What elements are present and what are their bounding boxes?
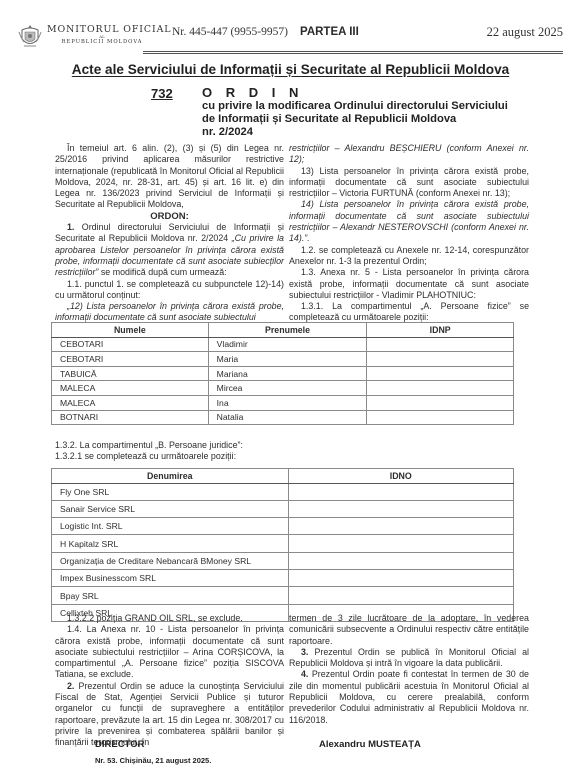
table-row: CEBOTARIMaria [52, 352, 514, 367]
paragraph-2: 2. Prezentul Ordin se aduce la cunoștinț… [55, 681, 284, 749]
header-denumirea: Denumirea [52, 469, 289, 484]
paragraph-1-3-2: 1.3.2. La compartimentul „B. Persoane ju… [55, 440, 243, 451]
paragraph-2-cont: termen de 3 zile lucrătoare de la adopta… [289, 613, 529, 647]
table-row: BOTNARINatalia [52, 410, 514, 425]
table-row: Fly One SRL [52, 483, 514, 500]
table-row: Bpay SRL [52, 587, 514, 604]
table-cell [288, 587, 513, 604]
table-cell: Logistic Int. SRL [52, 518, 289, 535]
paragraph-1-3: 1.3. Anexa nr. 5 - Lista persoanelor în … [289, 267, 529, 301]
table-row: MALECAMircea [52, 381, 514, 396]
table-cell: Mariana [208, 366, 367, 381]
table-cell: BOTNARI [52, 410, 209, 425]
paragraph-1: 1. Ordinul directorului Serviciului de I… [55, 222, 284, 278]
order-subtitle-line: de Informații și Securitate al Republici… [202, 113, 532, 126]
paragraph-1-3-1: 1.3.1. La compartimentul „A. Persoane fi… [289, 301, 529, 324]
order-heading: O R D I N cu privire la modificarea Ordi… [202, 86, 532, 139]
table-cell [367, 410, 514, 425]
paragraph-13: 13) Lista persoanelor în privința cărora… [289, 166, 529, 200]
bottom-left-column: 1.3.2.2 poziția GRAND OIL SRL, se exclud… [55, 613, 284, 749]
table-cell: CEBOTARI [52, 337, 209, 352]
table-cell [367, 381, 514, 396]
table-row: Logistic Int. SRL [52, 518, 514, 535]
table-cell: Impex Businesscom SRL [52, 570, 289, 587]
paragraph-3: 3. Prezentul Ordin se publică în Monitor… [289, 647, 529, 670]
preamble: În temeiul art. 6 alin. (2), (3) și (5) … [55, 143, 284, 211]
table-cell: H Kapitalz SRL [52, 535, 289, 552]
paragraph-12: „12) Lista persoanelor în privința căror… [55, 301, 284, 324]
table-cell: Bpay SRL [52, 587, 289, 604]
signatory-name: Alexandru MUSTEAȚA [319, 739, 421, 750]
table-cell [288, 552, 513, 569]
table-row: MALECAIna [52, 395, 514, 410]
table-row: Organizația de Creditare Nebancară BMone… [52, 552, 514, 569]
table-cell [288, 570, 513, 587]
order-subtitle-line: cu privire la modificarea Ordinului dire… [202, 100, 532, 113]
table-cell [288, 535, 513, 552]
table-cell [288, 500, 513, 517]
table-cell: Natalia [208, 410, 367, 425]
table-cell: Vladimir [208, 337, 367, 352]
table-cell [367, 366, 514, 381]
table-row: Impex Businesscom SRL [52, 570, 514, 587]
order-type: O R D I N [202, 86, 532, 100]
section-title: Acte ale Serviciului de Informații și Se… [0, 62, 581, 77]
right-column: restricțiilor – Alexandru BEȘCHIERU (con… [289, 143, 529, 324]
moldova-coat-of-arms-icon [18, 24, 42, 50]
header-idnp: IDNP [367, 323, 514, 338]
table-cell: Organizația de Creditare Nebancară BMone… [52, 552, 289, 569]
table-cell [367, 337, 514, 352]
table-cell: Mircea [208, 381, 367, 396]
brand-country: REPUBLICII MOLDOVA [47, 39, 157, 46]
header-rule [143, 51, 563, 54]
table-header-row: Numele Prenumele IDNP [52, 323, 514, 338]
table-cell: Maria [208, 352, 367, 367]
table-cell [288, 518, 513, 535]
part-label: PARTEA III [300, 26, 359, 38]
signatory-title: DIRECTOR [95, 739, 144, 750]
persons-table: Numele Prenumele IDNP CEBOTARIVladimirCE… [51, 322, 514, 425]
table-cell: Fly One SRL [52, 483, 289, 500]
table-row: H Kapitalz SRL [52, 535, 514, 552]
table-cell: MALECA [52, 395, 209, 410]
order-number: 732 [151, 86, 173, 101]
left-column: În temeiul art. 6 alin. (2), (3) și (5) … [55, 143, 284, 324]
ordon-heading: ORDON: [55, 211, 284, 222]
table-cell: Ina [208, 395, 367, 410]
paragraph-14: 14) Lista persoanelor în privința cărora… [289, 199, 529, 244]
header-idno: IDNO [288, 469, 513, 484]
table-cell: TABUICĂ [52, 366, 209, 381]
bottom-right-column: termen de 3 zile lucrătoare de la adopta… [289, 613, 529, 726]
masthead: MONITORUL OFICIAL AL REPUBLICII MOLDOVA … [18, 22, 563, 52]
paragraph-1-3-2-1: 1.3.2.1 se completează cu următoarele po… [55, 451, 236, 462]
paragraph-1-2: 1.2. se completează cu Anexele nr. 12-14… [289, 245, 529, 268]
order-reference: Nr. 53. Chișinău, 21 august 2025. [95, 756, 211, 765]
table-cell [288, 483, 513, 500]
table-cell: Sanair Service SRL [52, 500, 289, 517]
publication-brand: MONITORUL OFICIAL AL REPUBLICII MOLDOVA [47, 24, 157, 46]
entities-table: Denumirea IDNO Fly One SRLSanair Service… [51, 468, 514, 622]
paragraph-1-1: 1.1. punctul 1. se completează cu subpun… [55, 279, 284, 302]
table-row: CEBOTARIVladimir [52, 337, 514, 352]
table-row: Sanair Service SRL [52, 500, 514, 517]
table-cell: CEBOTARI [52, 352, 209, 367]
header-prenumele: Prenumele [208, 323, 367, 338]
paragraph-4: 4. Prezentul Ordin poate fi contestat în… [289, 669, 529, 725]
order-subtitle-line: nr. 2/2024 [202, 126, 532, 139]
table-header-row: Denumirea IDNO [52, 469, 514, 484]
header-numele: Numele [52, 323, 209, 338]
paragraph-1-3-2-2: 1.3.2.2 poziția GRAND OIL SRL, se exclud… [55, 613, 284, 624]
issue-number: Nr. 445-447 (9955-9957) [172, 26, 288, 38]
table-row: TABUICĂMariana [52, 366, 514, 381]
issue-date: 22 august 2025 [487, 25, 563, 40]
paragraph-1-4: 1.4. La Anexa nr. 10 - Lista persoanelor… [55, 624, 284, 680]
table-cell [367, 352, 514, 367]
paragraph-12-cont: restricțiilor – Alexandru BEȘCHIERU (con… [289, 143, 529, 166]
table-cell [367, 395, 514, 410]
table-cell: MALECA [52, 381, 209, 396]
